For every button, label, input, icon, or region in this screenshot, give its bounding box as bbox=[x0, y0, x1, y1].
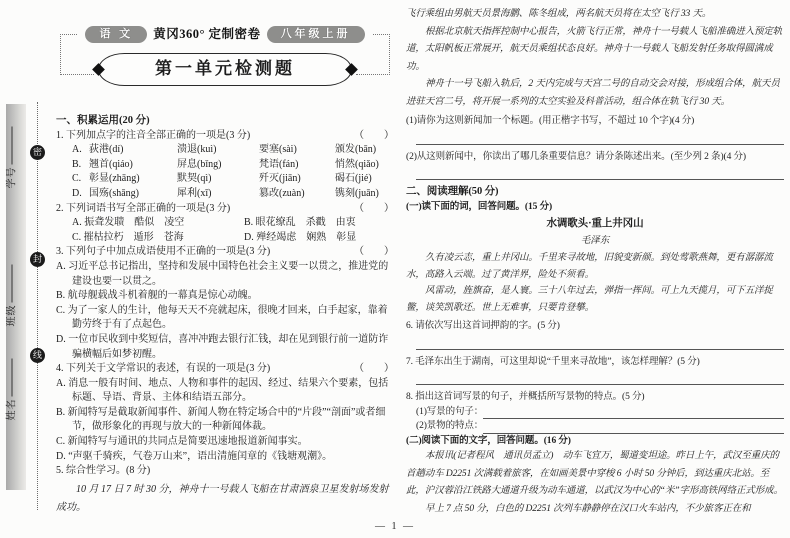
seal-char-badge: 线 bbox=[30, 348, 45, 363]
class-field: 班级 bbox=[3, 256, 18, 336]
option-item: C. 摧枯拉朽 遁形 苍海 bbox=[72, 231, 244, 246]
option-item: 梵语(fán) bbox=[259, 158, 335, 173]
option-item: 篡改(zuàn) bbox=[259, 187, 335, 202]
exam-header: 语 文 黄冈360° 定制密卷 八年级上册 第一单元检测题 bbox=[56, 6, 394, 112]
seal-dotted-line bbox=[37, 102, 38, 510]
option-item: 屏息(bǐng) bbox=[177, 158, 259, 173]
answer-bracket: （ ） bbox=[354, 129, 394, 144]
answer-line bbox=[416, 339, 784, 350]
student-id-label: 学号 bbox=[7, 167, 18, 189]
question-8-sub-2: (2)景物的特点： bbox=[406, 419, 784, 434]
question-8-sub-1: (1)写景的句子： bbox=[406, 405, 784, 420]
option-row: A. 荻港(dí) 溃退(kuì) 要塞(sài) 颁发(bān) bbox=[56, 143, 394, 158]
student-id-blank-line bbox=[12, 127, 13, 165]
option-item: B. 航母舰载战斗机着舰的一幕真是惊心动魄。 bbox=[56, 289, 394, 304]
question-3: 3. 下列句子中加点成语使用不正确的一项是(3 分) （ ） bbox=[56, 245, 394, 260]
option-item: 犀利(xī) bbox=[177, 187, 259, 202]
sub-question-1: (1)请你为这则新闻加一个标题。(用正楷字书写，不超过 10 个字)(4 分) bbox=[406, 114, 784, 129]
option-label: A. bbox=[72, 143, 89, 158]
poem-title: 水调歌头·重上井冈山 bbox=[406, 217, 784, 232]
poem-author: 毛泽东 bbox=[406, 234, 784, 249]
page-number: — 1 — bbox=[0, 521, 790, 532]
option-row: C. 摧枯拉朽 遁形 苍海 D. 殚经竭虑 娴熟 彰显 bbox=[56, 231, 394, 246]
answer-bracket: （ ） bbox=[354, 245, 394, 260]
option-item: A. 习近平总书记指出，坚持和发展中国特色社会主义要一以贯之，推进党的建设也要一… bbox=[56, 260, 394, 289]
exam-title: 第一单元检测题 bbox=[98, 53, 352, 86]
option-item: 溃退(kuì) bbox=[177, 143, 259, 158]
news-paragraph: 飞行乘组由男航天员景海鹏、陈冬组成，两名航天员将在太空飞行 33 天。 bbox=[406, 6, 784, 24]
answer-bracket: （ ） bbox=[354, 362, 394, 377]
option-item: 碣石(jié) bbox=[335, 172, 394, 187]
fill-label: (2)景物的特点： bbox=[416, 419, 483, 434]
option-label: D. bbox=[72, 187, 89, 202]
news-article-1: 飞行乘组由男航天员景海鹏、陈冬组成，两名航天员将在太空飞行 33 天。 根据北京… bbox=[406, 6, 784, 111]
option-item: A. 振聋发聩 酷似 凌空 bbox=[72, 216, 244, 231]
class-label: 班级 bbox=[7, 305, 18, 327]
question-1-stem: 1. 下列加点字的注音全部正确的一项是(3 分) bbox=[56, 129, 250, 144]
option-item: 荻港(dí) bbox=[89, 143, 177, 158]
question-8: 8. 指出这首词写景的句子，并概括所写景物的特点。(5 分) bbox=[406, 390, 784, 405]
news-paragraph: 根据北京航天指挥控制中心报告，火箭飞行正常，神舟十一号载人飞船准确进入预定轨道，… bbox=[406, 24, 784, 77]
answer-line bbox=[483, 407, 784, 419]
option-row: D. 国殇(shāng) 犀利(xī) 篡改(zuàn) 镌刻(juān) bbox=[56, 187, 394, 202]
option-item: 悄然(qiǎo) bbox=[335, 158, 394, 173]
news-paragraph: 早上 7 点 50 分，白色的 D2251 次列车静静停在汉口火车站内，不少旅客… bbox=[406, 501, 784, 519]
answer-line bbox=[416, 374, 784, 385]
news-paragraph: 神舟十一号飞船入轨后，2 天内完成与天宫二号的自动交会对接，形成组合体，航天员进… bbox=[406, 76, 784, 111]
option-item: D. “声驱千骑疾，气卷万山来”，语出清施闰章的《钱塘观潮》。 bbox=[56, 450, 394, 465]
news-article-2: 本报讯(记者程风 通讯员孟立) 动车飞宜万，蜀道变坦途。昨日上午，武汉至重庆的首… bbox=[406, 448, 784, 518]
grade-badge: 八年级上册 bbox=[267, 26, 365, 43]
name-blank-line bbox=[12, 359, 13, 397]
option-item: 默契(qì) bbox=[177, 172, 259, 187]
poem-stanza: 久有凌云志，重上井冈山。千里来寻故地，旧貌变新颜。到处莺歌燕舞，更有潺潺流水，高… bbox=[406, 250, 784, 283]
option-item: C. 新闻特写与通讯的共同点是简要迅速地报道新闻事实。 bbox=[56, 435, 394, 450]
option-item: B. 新闻特写是截取新闻事件、新闻人物在特定场合中的“片段”“剖面”或者细节，做… bbox=[56, 406, 394, 435]
option-row: C. 彰显(zhāng) 默契(qì) 歼灭(jiān) 碣石(jié) bbox=[56, 172, 394, 187]
option-item: 翘首(qiáo) bbox=[89, 158, 177, 173]
option-item: 颁发(bān) bbox=[335, 143, 394, 158]
option-item: 国殇(shāng) bbox=[89, 187, 177, 202]
news-paragraph: 本报讯(记者程风 通讯员孟立) 动车飞宜万，蜀道变坦途。昨日上午，武汉至重庆的首… bbox=[406, 448, 784, 501]
header-badge-row: 语 文 黄冈360° 定制密卷 八年级上册 bbox=[56, 6, 394, 43]
question-4-stem: 4. 下列关于文学常识的表述，有误的一项是(3 分) bbox=[56, 362, 270, 377]
answer-line bbox=[483, 422, 784, 434]
option-item: C. 为了一家人的生计，他每天天不亮就起床，很晚才回来，白手起家，靠着勤劳终于有… bbox=[56, 304, 394, 333]
option-row: A. 振聋发聩 酷似 凌空 B. 眼花缭乱 杀戳 由衷 bbox=[56, 216, 394, 231]
option-label: C. bbox=[72, 172, 89, 187]
question-3-stem: 3. 下列句子中加点成语使用不正确的一项是(3 分) bbox=[56, 245, 270, 260]
series-title: 黄冈360° 定制密卷 bbox=[153, 27, 260, 42]
question-2: 2. 下列词语书写全部正确的一项是(3 分) （ ） bbox=[56, 202, 394, 217]
subject-badge: 语 文 bbox=[85, 26, 147, 43]
name-label: 姓名 bbox=[7, 399, 18, 421]
sub-question-2: (2)从这则新闻中，你读出了哪几条重要信息？请分条陈述出来。(至少列 2 条)(… bbox=[406, 150, 784, 165]
option-item: 镌刻(juān) bbox=[335, 187, 394, 202]
left-column: 语 文 黄冈360° 定制密卷 八年级上册 第一单元检测题 一、积累运用(20 … bbox=[56, 6, 394, 518]
poem-stanza: 风雷动，旌旗奋，是人寰。三十八年过去，弹指一挥间。可上九天揽月，可下五洋捉鳖，谈… bbox=[406, 283, 784, 316]
answer-line bbox=[416, 134, 784, 145]
option-item: D. 殚经竭虑 娴熟 彰显 bbox=[244, 231, 394, 246]
right-column: 飞行乘组由男航天员景海鹏、陈冬组成，两名航天员将在太空飞行 33 天。 根据北京… bbox=[406, 6, 784, 518]
answer-bracket: （ ） bbox=[354, 202, 394, 217]
option-item: 歼灭(jiān) bbox=[259, 172, 335, 187]
option-label: B. bbox=[72, 158, 89, 173]
seal-char-badge: 密 bbox=[30, 145, 45, 160]
student-id-field: 学号 bbox=[3, 118, 18, 198]
answer-line bbox=[416, 169, 784, 180]
option-item: A. 消息一般有时间、地点、人物和事件的起因、经过、结果六个要素，包括标题、导语… bbox=[56, 377, 394, 406]
class-blank-line bbox=[12, 265, 13, 303]
part-1-heading: (一)读下面的词，回答问题。(15 分) bbox=[406, 200, 784, 215]
seal-char-badge: 封 bbox=[30, 252, 45, 267]
section-2-heading: 二、阅读理解(50 分) bbox=[406, 185, 784, 200]
part-2-heading: (二)阅读下面的文字，回答问题。(16 分) bbox=[406, 434, 784, 449]
option-item: 要塞(sài) bbox=[259, 143, 335, 158]
title-banner-wrap: 第一单元检测题 bbox=[56, 53, 394, 86]
question-2-stem: 2. 下列词语书写全部正确的一项是(3 分) bbox=[56, 202, 230, 217]
poem-body: 久有凌云志，重上井冈山。千里来寻故地，旧貌变新颜。到处莺歌燕舞，更有潺潺流水，高… bbox=[406, 250, 784, 316]
question-6: 6. 请依次写出这首词押韵的字。(5 分) bbox=[406, 319, 784, 334]
exam-paper-page: 学号 班级 姓名 密 封 线 语 文 黄冈360° 定制密卷 八年级上册 第一单… bbox=[0, 0, 790, 538]
option-item: 彰显(zhāng) bbox=[89, 172, 177, 187]
question-1: 1. 下列加点字的注音全部正确的一项是(3 分) （ ） bbox=[56, 129, 394, 144]
fill-label: (1)写景的句子： bbox=[416, 405, 483, 420]
section-1-heading: 一、积累运用(20 分) bbox=[56, 114, 394, 129]
question-7: 7. 毛泽东出生于湖南，可这里却说“千里来寻故地”，该怎样理解？(5 分) bbox=[406, 355, 784, 370]
question-4: 4. 下列关于文学常识的表述，有误的一项是(3 分) （ ） bbox=[56, 362, 394, 377]
name-field: 姓名 bbox=[3, 350, 18, 430]
question-5-intro: 10 月 17 日 7 时 30 分，神舟十一号载人飞船在甘肃酒泉卫星发射场发射… bbox=[56, 481, 394, 517]
question-5-stem: 5. 综合性学习。(8 分) bbox=[56, 464, 394, 479]
option-item: B. 眼花缭乱 杀戳 由衷 bbox=[244, 216, 394, 231]
option-row: B. 翘首(qiáo) 屏息(bǐng) 梵语(fán) 悄然(qiǎo) bbox=[56, 158, 394, 173]
option-item: D. 一位市民收到中奖短信，喜冲冲跑去银行汇钱，却在见到银行前一道防诈骗横幅后如… bbox=[56, 333, 394, 362]
